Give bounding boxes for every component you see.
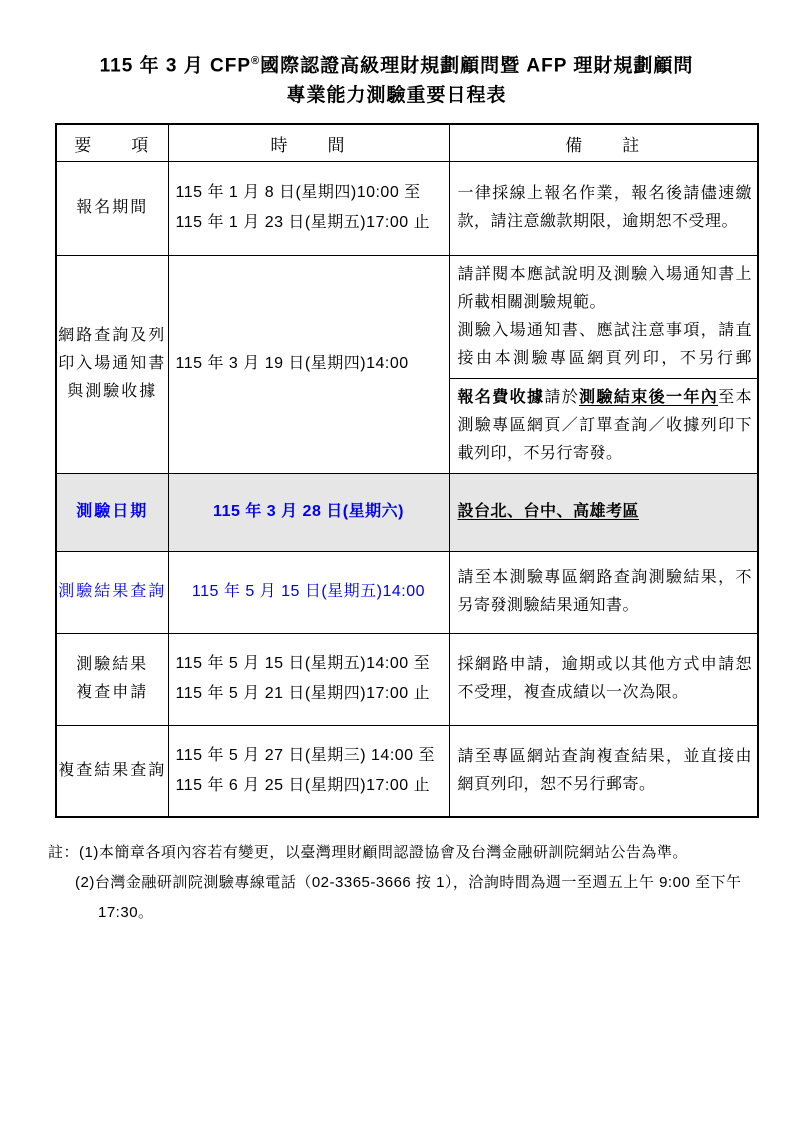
title-line-2: 專業能力測驗重要日程表 xyxy=(0,81,793,111)
review-request-label: 測驗結果 複查申請 xyxy=(56,633,168,725)
exam-date-time: 115 年 3 月 28 日(星期六) xyxy=(168,473,449,551)
review-request-label-line2: 複查申請 xyxy=(57,679,168,707)
title-prefix: 115 年 3 月 CFP xyxy=(100,55,251,76)
results-label: 測驗結果查詢 xyxy=(56,551,168,633)
row-review-results: 複查結果查詢 115 年 5 月 27 日(星期三) 14:00 至 115 年… xyxy=(56,725,758,817)
admission-label-line1: 網路查詢及列 xyxy=(57,322,168,350)
row-admission-top: 網路查詢及列 印入場通知書 與測驗收據 115 年 3 月 19 日(星期四)1… xyxy=(56,255,758,378)
footnote-2-continuation: 17:30。 xyxy=(98,898,793,928)
admission-label: 網路查詢及列 印入場通知書 與測驗收據 xyxy=(56,255,168,473)
deadline-underline-text: 測驗結束後一年內 xyxy=(579,389,718,406)
header-row: 要 項 時 間 備 註 xyxy=(56,124,758,161)
admission-time: 115 年 3 月 19 日(星期四)14:00 xyxy=(168,255,449,473)
row-registration: 報名期間 115 年 1 月 8 日(星期四)10:00 至 115 年 1 月… xyxy=(56,161,758,255)
review-request-time: 115 年 5 月 15 日(星期五)14:00 至 115 年 5 月 21 … xyxy=(168,633,449,725)
review-request-time-line2: 115 年 5 月 21 日(星期四)17:00 止 xyxy=(176,679,449,709)
document-title: 115 年 3 月 CFP®國際認證高級理財規劃顧問暨 AFP 理財規劃顧問 專… xyxy=(0,46,793,111)
registered-trademark-symbol: ® xyxy=(251,55,260,67)
footnote-2: (2)台灣金融研訓院測驗專線電話（02-3365-3666 按 1），洽詢時間為… xyxy=(75,868,793,898)
footnotes: 註：(1)本簡章各項內容若有變更，以臺灣理財顧問認證協會及台灣金融研訓院網站公告… xyxy=(48,838,793,928)
exam-date-label: 測驗日期 xyxy=(56,473,168,551)
registration-time-line2: 115 年 1 月 23 日(星期五)17:00 止 xyxy=(176,208,449,238)
review-request-time-line1: 115 年 5 月 15 日(星期五)14:00 至 xyxy=(176,649,449,679)
review-results-time: 115 年 5 月 27 日(星期三) 14:00 至 115 年 6 月 25… xyxy=(168,725,449,817)
receipt-bold-text: 報名費收據 xyxy=(458,389,545,406)
review-request-label-line1: 測驗結果 xyxy=(57,651,168,679)
registration-note: 一律採線上報名作業，報名後請儘速繳款，請注意繳款期限，逾期恕不受理。 xyxy=(449,161,758,255)
receipt-plain-text: 請於 xyxy=(544,389,579,406)
admission-note-2: 報名費收據請於測驗結束後一年內至本測驗專區網頁／訂單查詢／收據列印下載列印，不另… xyxy=(449,378,758,473)
review-request-note: 採網路申請，逾期或以其他方式申請恕不受理，複查成績以一次為限。 xyxy=(449,633,758,725)
footnote-1: 註：(1)本簡章各項內容若有變更，以臺灣理財顧問認證協會及台灣金融研訓院網站公告… xyxy=(48,838,793,868)
registration-time: 115 年 1 月 8 日(星期四)10:00 至 115 年 1 月 23 日… xyxy=(168,161,449,255)
row-exam-date: 測驗日期 115 年 3 月 28 日(星期六) 設台北、台中、高雄考區 xyxy=(56,473,758,551)
exam-locations-text: 設台北、台中、高雄考區 xyxy=(458,503,640,520)
admission-note-1: 請詳閱本應試說明及測驗入場通知書上所載相關測驗規範。 測驗入場通知書、應試注意事… xyxy=(449,255,758,378)
review-results-time-line1: 115 年 5 月 27 日(星期三) 14:00 至 xyxy=(176,741,449,771)
review-results-label: 複查結果查詢 xyxy=(56,725,168,817)
review-results-note: 請至專區網站查詢複查結果，並直接由網頁列印，恕不另行郵寄。 xyxy=(449,725,758,817)
admission-note-1-para2: 測驗入場通知書、應試注意事項，請直接由本測驗專區網頁列印，不另行郵 xyxy=(458,317,753,373)
results-time: 115 年 5 月 15 日(星期五)14:00 xyxy=(168,551,449,633)
exam-date-note: 設台北、台中、高雄考區 xyxy=(449,473,758,551)
title-line-1: 115 年 3 月 CFP®國際認證高級理財規劃顧問暨 AFP 理財規劃顧問 xyxy=(0,46,793,81)
registration-label: 報名期間 xyxy=(56,161,168,255)
registration-time-line1: 115 年 1 月 8 日(星期四)10:00 至 xyxy=(176,178,449,208)
review-results-time-line2: 115 年 6 月 25 日(星期四)17:00 止 xyxy=(176,771,449,801)
admission-label-line3: 與測驗收據 xyxy=(57,378,168,406)
header-item: 要 項 xyxy=(56,124,168,161)
row-review-request: 測驗結果 複查申請 115 年 5 月 15 日(星期五)14:00 至 115… xyxy=(56,633,758,725)
admission-note-1-para1: 請詳閱本應試說明及測驗入場通知書上所載相關測驗規範。 xyxy=(458,261,753,317)
header-note: 備 註 xyxy=(449,124,758,161)
title-suffix: 國際認證高級理財規劃顧問暨 AFP 理財規劃顧問 xyxy=(260,55,693,76)
schedule-table: 要 項 時 間 備 註 報名期間 115 年 1 月 8 日(星期四)10:00… xyxy=(55,123,759,818)
row-results: 測驗結果查詢 115 年 5 月 15 日(星期五)14:00 請至本測驗專區網… xyxy=(56,551,758,633)
admission-label-line2: 印入場通知書 xyxy=(57,350,168,378)
results-note: 請至本測驗專區網路查詢測驗結果，不另寄發測驗結果通知書。 xyxy=(449,551,758,633)
header-time: 時 間 xyxy=(168,124,449,161)
document-page: 115 年 3 月 CFP®國際認證高級理財規劃顧問暨 AFP 理財規劃顧問 專… xyxy=(0,0,793,1122)
